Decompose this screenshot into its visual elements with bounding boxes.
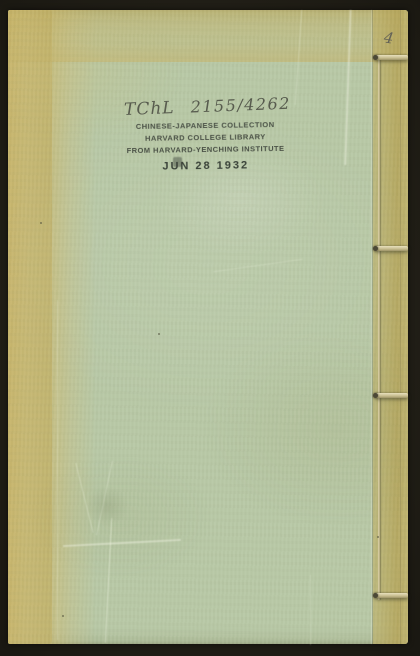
library-accession-stamp: CHINESE-JAPANESE COLLECTION HARVARD COLL… xyxy=(118,119,294,173)
crease-line xyxy=(105,518,113,643)
paper-speck xyxy=(377,536,379,538)
binding-stitch xyxy=(375,593,408,598)
crease-line xyxy=(295,10,303,105)
paper-speck xyxy=(40,222,42,224)
book-cover: 4 TChL2155/4262 CHINESE-JAPANESE COLLECT… xyxy=(8,10,408,644)
stitch-hole xyxy=(373,55,378,60)
stitch-hole xyxy=(373,246,378,251)
call-number-prefix: TChL xyxy=(124,98,175,120)
crease-line xyxy=(63,539,181,547)
smudge-mark xyxy=(86,486,128,526)
crease-line xyxy=(344,10,351,165)
stamp-date: JUN 28 1932 xyxy=(118,159,293,173)
binding-stitch xyxy=(375,393,408,398)
paper-speck xyxy=(158,333,160,335)
ink-blot xyxy=(173,157,182,167)
scanned-page-background: 4 TChL2155/4262 CHINESE-JAPANESE COLLECT… xyxy=(0,0,420,656)
binding-stitch xyxy=(375,55,408,60)
crease-line xyxy=(57,300,58,640)
stitch-hole xyxy=(373,393,378,398)
stamp-line-institute: FROM HARVARD-YENCHING INSTITUTE xyxy=(118,143,293,157)
paper-speck xyxy=(62,615,64,617)
call-number-digits: 2155/4262 xyxy=(190,94,291,117)
handwritten-call-number: TChL2155/4262 xyxy=(124,92,335,120)
binding-stitch xyxy=(375,246,408,251)
spine-edge-seam xyxy=(400,10,401,644)
binding-thread xyxy=(378,55,380,600)
crease-line xyxy=(310,575,311,645)
stitch-hole xyxy=(373,593,378,598)
edge-discoloration-left xyxy=(8,10,96,644)
crease-line xyxy=(213,259,302,273)
spine-fold-line xyxy=(372,10,373,644)
edge-discoloration-right xyxy=(8,10,52,644)
